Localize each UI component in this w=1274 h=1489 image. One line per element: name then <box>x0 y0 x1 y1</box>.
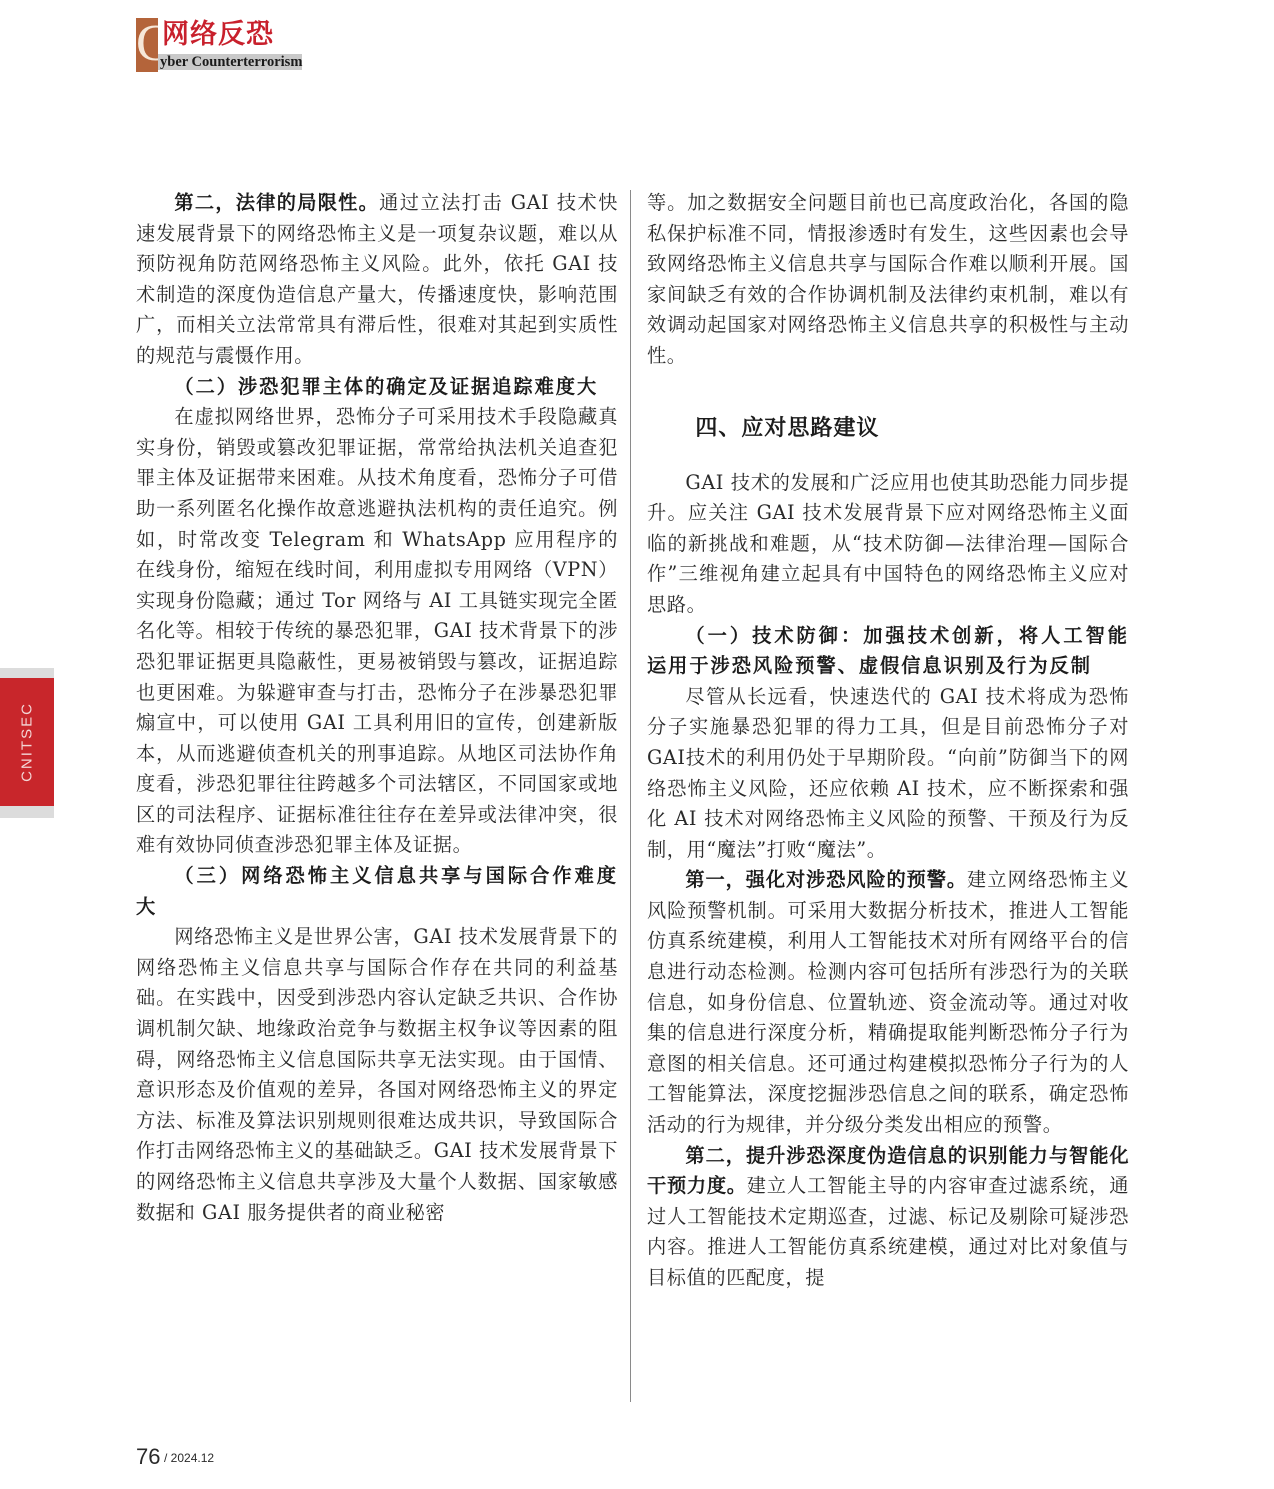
subheading-4-1: （一）技术防御：加强技术创新，将人工智能运用于涉恐风险预警、虚假信息识别及行为反… <box>647 621 1129 682</box>
paragraph-info-sharing: 网络恐怖主义是世界公害，GAI 技术发展背景下的网络恐怖主义信息共享与国际合作存… <box>136 922 618 1228</box>
page-number: 76 <box>136 1444 160 1470</box>
paragraph-evidence-tracking: 在虚拟网络世界，恐怖分子可采用技术手段隐藏真实身份，销毁或篡改犯罪证据，常常给执… <box>136 402 618 861</box>
column-divider <box>630 190 631 1402</box>
paragraph-tech-defense: 尽管从长远看，快速迭代的 GAI 技术将成为恐怖分子实施暴恐犯罪的得力工具，但是… <box>647 682 1129 866</box>
paragraph-lead-bold: 第二，法律的局限性。 <box>174 191 379 214</box>
issue-date: / 2024.12 <box>164 1451 214 1465</box>
side-tab-top-band <box>0 668 54 678</box>
journal-logo: C 网络反恐 yber Counterterrorism <box>136 18 306 72</box>
right-column: 等。加之数据安全问题目前也已高度政治化，各国的隐私保护标准不同，情报渗透时有发生… <box>647 188 1129 1294</box>
paragraph-text: 通过立法打击 GAI 技术快速发展背景下的网络恐怖主义是一项复杂议题，难以从预防… <box>136 191 618 367</box>
logo-title-en: yber Counterterrorism <box>160 53 302 71</box>
paragraph-risk-warning: 第一，强化对涉恐风险的预警。建立网络恐怖主义风险预警机制。可采用大数据分析技术，… <box>647 865 1129 1140</box>
subheading-3: （三）网络恐怖主义信息共享与国际合作难度大 <box>136 861 618 922</box>
left-column: 第二，法律的局限性。通过立法打击 GAI 技术快速发展背景下的网络恐怖主义是一项… <box>136 188 618 1228</box>
paragraph-section-intro: GAI 技术的发展和广泛应用也使其助恐能力同步提升。应关注 GAI 技术发展背景… <box>647 468 1129 621</box>
subheading-2: （二）涉恐犯罪主体的确定及证据追踪难度大 <box>136 372 618 403</box>
paragraph-continued: 等。加之数据安全问题目前也已高度政治化，各国的隐私保护标准不同，情报渗透时有发生… <box>647 188 1129 372</box>
logo-letter: C <box>136 18 158 72</box>
side-tab-bottom-band <box>0 806 54 818</box>
paragraph-legal-limits: 第二，法律的局限性。通过立法打击 GAI 技术快速发展背景下的网络恐怖主义是一项… <box>136 188 618 372</box>
side-tab-label: CNITSEC <box>19 702 36 782</box>
logo-title-cn: 网络反恐 <box>162 18 274 52</box>
paragraph-deepfake-detection: 第二，提升涉恐深度伪造信息的识别能力与智能化干预力度。建立人工智能主导的内容审查… <box>647 1141 1129 1294</box>
paragraph-text: 建立网络恐怖主义风险预警机制。可采用大数据分析技术，推进人工智能仿真系统建模，利… <box>647 868 1129 1136</box>
paragraph-lead-bold: 第一，强化对涉恐风险的预警。 <box>685 868 967 891</box>
section-title-4: 四、应对思路建议 <box>647 412 1129 446</box>
